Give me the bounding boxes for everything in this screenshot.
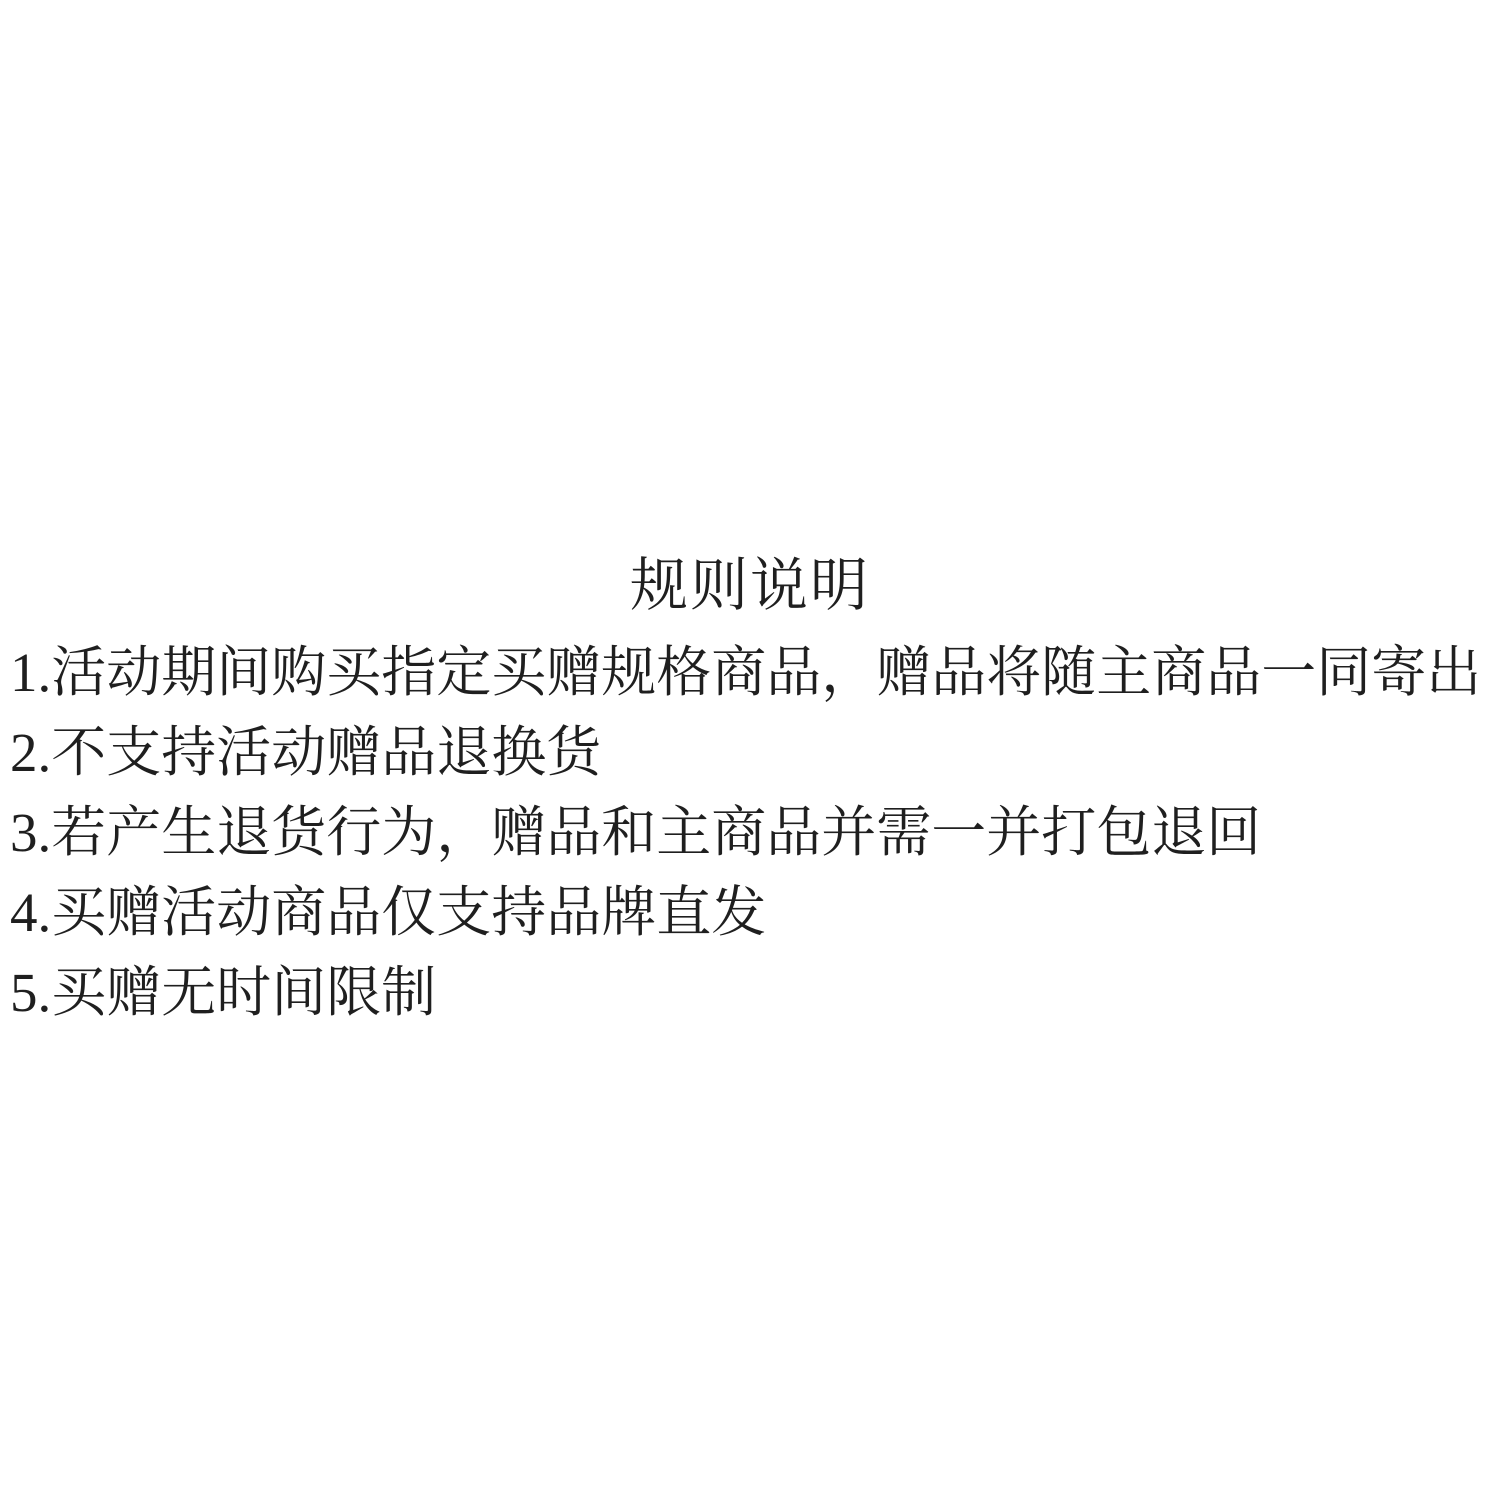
rule-item-5: 5.买赠无时间限制 [10,953,1496,1033]
rules-content: 规则说明 1.活动期间购买指定买赠规格商品，赠品将随主商品一同寄出 2.不支持活… [0,545,1500,1033]
page-title: 规则说明 [0,545,1500,627]
rule-item-3: 3.若产生退货行为，赠品和主商品并需一并打包退回 [10,793,1496,873]
rules-list: 1.活动期间购买指定买赠规格商品，赠品将随主商品一同寄出 2.不支持活动赠品退换… [0,633,1500,1033]
rule-item-4: 4.买赠活动商品仅支持品牌直发 [10,873,1496,953]
rules-notice-page: 规则说明 1.活动期间购买指定买赠规格商品，赠品将随主商品一同寄出 2.不支持活… [0,0,1500,1500]
rule-item-2: 2.不支持活动赠品退换货 [10,713,1496,793]
rule-item-1: 1.活动期间购买指定买赠规格商品，赠品将随主商品一同寄出 [10,633,1496,713]
